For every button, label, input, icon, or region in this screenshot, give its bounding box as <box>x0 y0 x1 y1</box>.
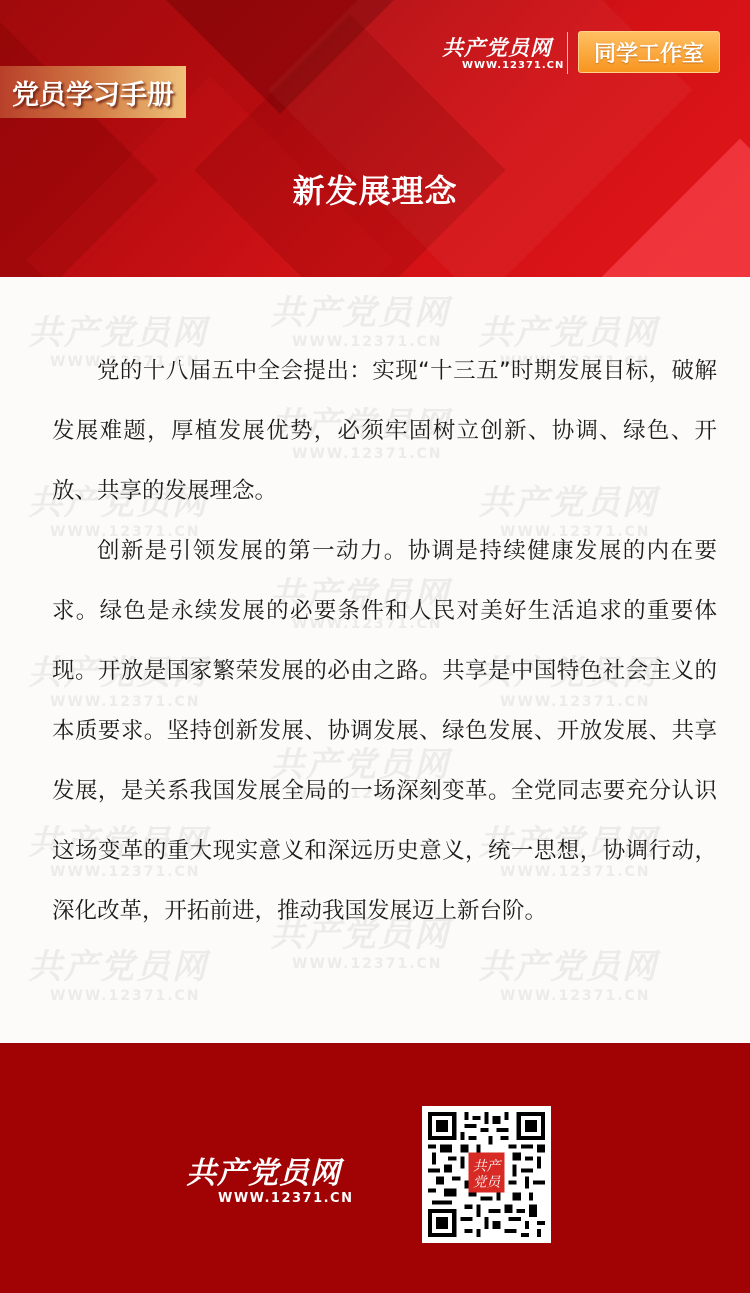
site-logo-url: WWW.12371.CN <box>218 1191 353 1206</box>
watermark: 共产党员网 WWW.12371.CN <box>28 939 208 1019</box>
article-paragraph: 创新是引领发展的第一动力。协调是持续健康发展的内在要求。绿色是永续发展的必要条件… <box>52 521 717 941</box>
footer: 共产党员网 WWW.12371.CN <box>0 1043 750 1293</box>
watermark-url: WWW.12371.CN <box>292 956 450 972</box>
brand-divider <box>567 32 568 74</box>
header-banner: 党员学习手册 共产党员网 WWW.12371.CN 同学工作室 新发展理念 <box>0 0 750 277</box>
site-logo-bottom[interactable]: 共产党员网 WWW.12371.CN <box>186 1148 356 1218</box>
series-badge-label: 党员学习手册 <box>12 73 174 112</box>
watermark: 共产党员网 WWW.12371.CN <box>478 939 658 1019</box>
article-body: 党的十八届五中全会提出：实现“十三五”时期发展目标，破解发展难题，厚植发展优势，… <box>52 341 717 941</box>
page-title: 新发展理念 <box>0 166 750 212</box>
svg-text:共产: 共产 <box>473 1158 503 1174</box>
series-badge: 党员学习手册 <box>0 66 186 118</box>
watermark-logo: 共产党员网 <box>478 939 658 988</box>
studio-button[interactable]: 同学工作室 <box>578 31 720 73</box>
site-logo-top[interactable]: 共产党员网 WWW.12371.CN <box>440 30 564 76</box>
site-logo-url: WWW.12371.CN <box>462 60 564 71</box>
watermark-url: WWW.12371.CN <box>500 988 658 1004</box>
article-paragraph: 党的十八届五中全会提出：实现“十三五”时期发展目标，破解发展难题，厚植发展优势，… <box>52 341 717 521</box>
article-area: 共产党员网 WWW.12371.CN 共产党员网 WWW.12371.CN 共产… <box>0 277 750 1043</box>
watermark-url: WWW.12371.CN <box>50 988 208 1004</box>
qr-code-icon: 共产 党员 <box>422 1106 551 1243</box>
watermark-logo: 共产党员网 <box>28 939 208 988</box>
site-logo-text: 共产党员网 <box>442 32 552 62</box>
studio-button-label: 同学工作室 <box>594 37 704 68</box>
svg-text:党员: 党员 <box>473 1175 502 1191</box>
site-logo-text: 共产党员网 <box>186 1148 341 1192</box>
watermark-logo: 共产党员网 <box>270 285 450 334</box>
